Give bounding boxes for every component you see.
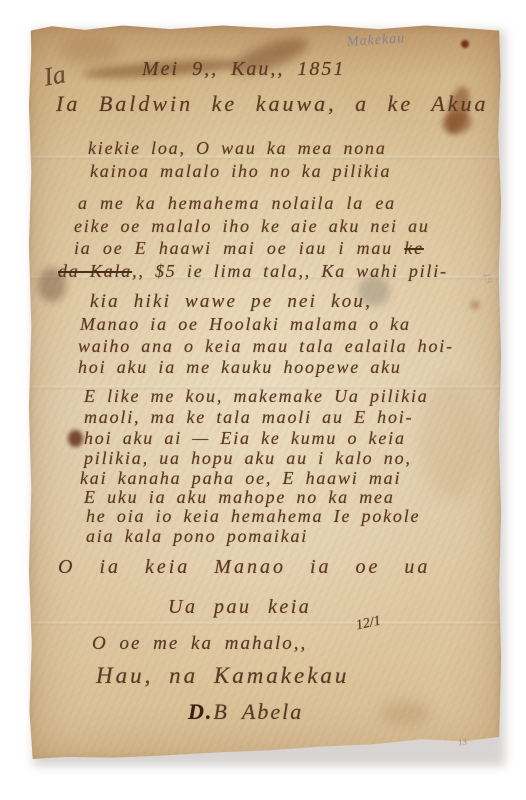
signature-line: Hau, na Kamakekau — [96, 663, 349, 688]
strikethrough-text: da Kala — [58, 261, 132, 281]
body-line: maoli, ma ke tala maoli au E hoi- — [84, 408, 413, 428]
corner-mark: 13 — [457, 737, 468, 748]
ink-flourish: Ia — [42, 60, 68, 92]
body-line: kiekie loa, O wau ka mea nona — [88, 139, 387, 159]
body-line: E like me kou, makemake Ua pilikia — [84, 387, 429, 407]
signature-line: D.B Abela — [188, 700, 303, 724]
body-line: ia oe E haawi mai oe iau i mau ke — [74, 239, 424, 259]
body-line: hoi aku ai — Eia ke kumu o keia — [84, 429, 406, 449]
closing-line: Ua pau keia — [168, 596, 311, 618]
body-line: Manao ia oe Hoolaki malama o ka — [80, 315, 411, 335]
body-line: pilikia, ua hopu aku au i kalo no, — [84, 449, 412, 469]
body-line: kainoa malalo iho no ka pilikia — [90, 162, 391, 182]
scanned-letter-canvas: Makekau Ia Mei 9,, Kau,, 1851 Ia Baldwin… — [0, 0, 526, 800]
body-line: a me ka hemahema nolaila la ea — [78, 194, 396, 214]
body-text: ia oe E haawi mai oe iau i mau — [74, 238, 393, 258]
body-line: hoi aku ia me kauku hoopewe aku — [78, 358, 402, 378]
salutation-line: Ia Baldwin ke kauwa, a ke Akua — [56, 92, 488, 116]
body-line: kia hiki wawe pe nei kou, — [90, 292, 372, 313]
body-line: aia kala pono pomaikai — [86, 527, 308, 547]
closing-line: O oe me ka mahalo,, — [92, 634, 307, 655]
body-line: kai kanaha paha oe, E haawi mai — [80, 469, 401, 489]
body-line: O ia keia Manao ia oe ua — [58, 556, 430, 578]
body-text: ,, $5 ie lima tala,, Ka wahi pili- — [132, 261, 448, 281]
body-line: he oia io keia hemahema Ie pokole — [86, 507, 420, 527]
strikethrough-text: ke — [404, 238, 424, 258]
date-line: Mei 9,, Kau,, 1851 — [142, 58, 345, 80]
body-line: eike oe malalo iho ke aie aku nei au — [74, 217, 430, 237]
body-line: waiho ana o keia mau tala ealaila hoi- — [78, 337, 454, 357]
body-line: da Kala,, $5 ie lima tala,, Ka wahi pili… — [58, 262, 448, 282]
body-line: E uku ia aku mahope no ka mea — [84, 488, 395, 508]
